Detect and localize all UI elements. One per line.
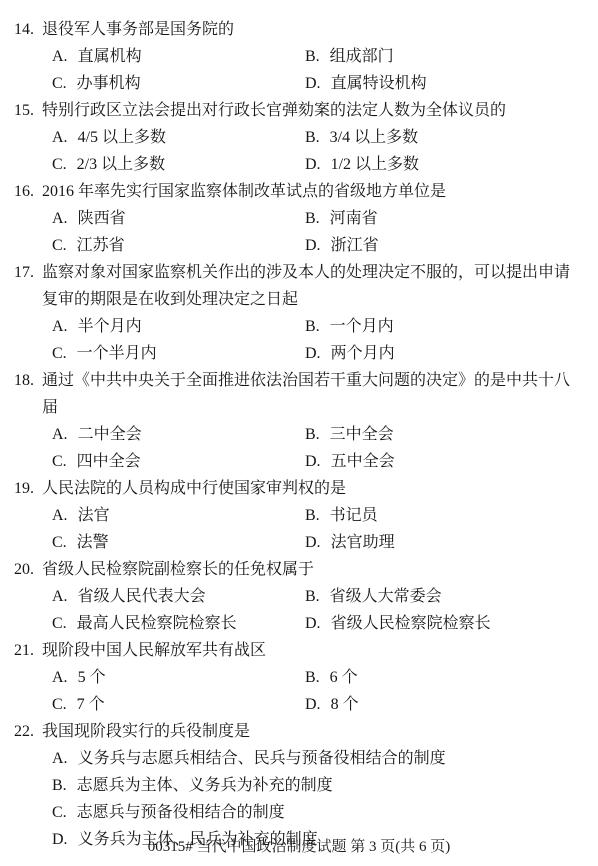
option-text: 一个月内: [330, 318, 394, 335]
option-label: A.: [52, 669, 68, 686]
option-text: 书记员: [330, 507, 378, 524]
option-list: A.半个月内B.一个月内C.一个半月内D.两个月内: [52, 313, 578, 367]
question-stem: 我国现阶段实行的兵役制度是: [42, 718, 578, 745]
question-block: 19. 人民法院的人员构成中行使国家审判权的是 A.法官B.书记员C.法警D.法…: [14, 475, 578, 556]
option-text: 1/2 以上多数: [331, 156, 419, 173]
option-text: 最高人民检察院检察长: [77, 615, 237, 632]
exam-page: 14. 退役军人事务部是国务院的 A.直属机构B.组成部门C.办事机构D.直属特…: [0, 0, 598, 866]
question-number: 16.: [14, 178, 42, 205]
option-a: A.陕西省: [52, 205, 305, 232]
option-text: 2/3 以上多数: [77, 156, 165, 173]
option-c: C.江苏省: [52, 232, 305, 259]
option-label: A.: [52, 48, 68, 65]
option-label: B.: [52, 777, 67, 794]
option-text: 四中全会: [77, 453, 141, 470]
option-d: D.省级人民检察院检察长: [305, 610, 578, 637]
question-stem-row: 20. 省级人民检察院副检察长的任免权属于: [14, 556, 578, 583]
option-c: C.最高人民检察院检察长: [52, 610, 305, 637]
question-stem-row: 16. 2016 年率先实行国家监察体制改革试点的省级地方单位是: [14, 178, 578, 205]
option-text: 半个月内: [78, 318, 142, 335]
option-label: A.: [52, 750, 68, 767]
question-number: 19.: [14, 475, 42, 502]
option-label: D.: [305, 615, 321, 632]
option-text: 二中全会: [78, 426, 142, 443]
question-number: 21.: [14, 637, 42, 664]
question-number: 22.: [14, 718, 42, 745]
question-block: 22. 我国现阶段实行的兵役制度是 A.义务兵与志愿兵相结合、民兵与预备役相结合…: [14, 718, 578, 853]
option-b: B.一个月内: [305, 313, 578, 340]
option-text: 五中全会: [331, 453, 395, 470]
option-text: 3/4 以上多数: [330, 129, 418, 146]
option-list: A.省级人民代表大会B.省级人大常委会C.最高人民检察院检察长D.省级人民检察院…: [52, 583, 578, 637]
option-text: 陕西省: [78, 210, 126, 227]
question-stem-row: 18. 通过《中共中央关于全面推进依法治国若干重大问题的决定》的是中共十八届: [14, 367, 578, 421]
option-text: 6 个: [330, 669, 358, 686]
option-label: B.: [305, 318, 320, 335]
question-number: 15.: [14, 97, 42, 124]
option-b: B.组成部门: [305, 43, 578, 70]
option-c: C.7 个: [52, 691, 305, 718]
question-stem: 特别行政区立法会提出对行政长官弹劾案的法定人数为全体议员的: [42, 97, 578, 124]
option-text: 5 个: [78, 669, 106, 686]
option-c: C.2/3 以上多数: [52, 151, 305, 178]
option-list: A.5 个B.6 个C.7 个D.8 个: [52, 664, 578, 718]
option-c: C.一个半月内: [52, 340, 305, 367]
option-a: A.二中全会: [52, 421, 305, 448]
option-b: B.河南省: [305, 205, 578, 232]
option-label: D.: [305, 237, 321, 254]
option-text: 直属机构: [78, 48, 142, 65]
option-label: A.: [52, 210, 68, 227]
option-text: 志愿兵与预备役相结合的制度: [77, 804, 285, 821]
option-list: A.陕西省B.河南省C.江苏省D.浙江省: [52, 205, 578, 259]
option-text: 法官助理: [331, 534, 395, 551]
option-list: A.二中全会B.三中全会C.四中全会D.五中全会: [52, 421, 578, 475]
option-text: 志愿兵为主体、义务兵为补充的制度: [77, 777, 333, 794]
option-label: D.: [305, 75, 321, 92]
question-number: 20.: [14, 556, 42, 583]
question-number: 18.: [14, 367, 42, 394]
option-b: B.3/4 以上多数: [305, 124, 578, 151]
option-label: C.: [52, 696, 67, 713]
option-a: A.直属机构: [52, 43, 305, 70]
option-text: 8 个: [331, 696, 359, 713]
option-label: D.: [305, 453, 321, 470]
option-label: B.: [305, 669, 320, 686]
option-list: A.直属机构B.组成部门C.办事机构D.直属特设机构: [52, 43, 578, 97]
option-label: D.: [305, 156, 321, 173]
question-block: 14. 退役军人事务部是国务院的 A.直属机构B.组成部门C.办事机构D.直属特…: [14, 16, 578, 97]
option-label: A.: [52, 426, 68, 443]
option-label: C.: [52, 453, 67, 470]
question-stem: 现阶段中国人民解放军共有战区: [42, 637, 578, 664]
option-b: B.志愿兵为主体、义务兵为补充的制度: [52, 772, 578, 799]
question-list: 14. 退役军人事务部是国务院的 A.直属机构B.组成部门C.办事机构D.直属特…: [14, 16, 578, 853]
option-label: A.: [52, 588, 68, 605]
option-label: C.: [52, 345, 67, 362]
question-block: 21. 现阶段中国人民解放军共有战区 A.5 个B.6 个C.7 个D.8 个: [14, 637, 578, 718]
option-text: 法警: [77, 534, 109, 551]
question-stem-row: 22. 我国现阶段实行的兵役制度是: [14, 718, 578, 745]
option-text: 省级人民代表大会: [78, 588, 206, 605]
option-label: A.: [52, 318, 68, 335]
option-label: B.: [305, 129, 320, 146]
question-stem-row: 21. 现阶段中国人民解放军共有战区: [14, 637, 578, 664]
option-d: D.1/2 以上多数: [305, 151, 578, 178]
option-label: C.: [52, 156, 67, 173]
question-block: 17. 监察对象对国家监察机关作出的涉及本人的处理决定不服的，可以提出申请复审的…: [14, 259, 578, 367]
question-stem: 2016 年率先实行国家监察体制改革试点的省级地方单位是: [42, 178, 578, 205]
option-c: C.四中全会: [52, 448, 305, 475]
question-stem: 人民法院的人员构成中行使国家审判权的是: [42, 475, 578, 502]
option-b: B.书记员: [305, 502, 578, 529]
option-text: 省级人民检察院检察长: [331, 615, 491, 632]
option-text: 办事机构: [77, 75, 141, 92]
option-label: C.: [52, 615, 67, 632]
question-number: 14.: [14, 16, 42, 43]
option-label: C.: [52, 804, 67, 821]
option-list: A.法官B.书记员C.法警D.法官助理: [52, 502, 578, 556]
option-a: A.半个月内: [52, 313, 305, 340]
option-text: 浙江省: [331, 237, 379, 254]
option-d: D.法官助理: [305, 529, 578, 556]
option-text: 组成部门: [330, 48, 394, 65]
option-text: 江苏省: [77, 237, 125, 254]
option-text: 直属特设机构: [331, 75, 427, 92]
option-text: 三中全会: [330, 426, 394, 443]
option-a: A.4/5 以上多数: [52, 124, 305, 151]
option-label: C.: [52, 534, 67, 551]
question-stem: 退役军人事务部是国务院的: [42, 16, 578, 43]
question-stem-row: 19. 人民法院的人员构成中行使国家审判权的是: [14, 475, 578, 502]
question-stem: 监察对象对国家监察机关作出的涉及本人的处理决定不服的，可以提出申请复审的期限是在…: [42, 259, 578, 313]
option-label: D.: [305, 345, 321, 362]
option-label: A.: [52, 129, 68, 146]
question-block: 18. 通过《中共中央关于全面推进依法治国若干重大问题的决定》的是中共十八届 A…: [14, 367, 578, 475]
question-stem: 通过《中共中央关于全面推进依法治国若干重大问题的决定》的是中共十八届: [42, 367, 578, 421]
option-d: D.8 个: [305, 691, 578, 718]
question-block: 15. 特别行政区立法会提出对行政长官弹劾案的法定人数为全体议员的 A.4/5 …: [14, 97, 578, 178]
option-b: B.三中全会: [305, 421, 578, 448]
option-a: A.义务兵与志愿兵相结合、民兵与预备役相结合的制度: [52, 745, 578, 772]
option-a: A.省级人民代表大会: [52, 583, 305, 610]
option-a: A.5 个: [52, 664, 305, 691]
question-stem-row: 14. 退役军人事务部是国务院的: [14, 16, 578, 43]
option-a: A.法官: [52, 502, 305, 529]
option-text: 两个月内: [331, 345, 395, 362]
option-d: D.直属特设机构: [305, 70, 578, 97]
question-stem-row: 15. 特别行政区立法会提出对行政长官弹劾案的法定人数为全体议员的: [14, 97, 578, 124]
option-c: C.法警: [52, 529, 305, 556]
option-label: D.: [305, 534, 321, 551]
option-label: B.: [305, 210, 320, 227]
question-block: 16. 2016 年率先实行国家监察体制改革试点的省级地方单位是 A.陕西省B.…: [14, 178, 578, 259]
question-stem: 省级人民检察院副检察长的任免权属于: [42, 556, 578, 583]
option-d: D.两个月内: [305, 340, 578, 367]
option-label: B.: [305, 426, 320, 443]
option-text: 7 个: [77, 696, 105, 713]
option-text: 4/5 以上多数: [78, 129, 166, 146]
option-list: A.4/5 以上多数B.3/4 以上多数C.2/3 以上多数D.1/2 以上多数: [52, 124, 578, 178]
option-text: 河南省: [330, 210, 378, 227]
option-label: A.: [52, 507, 68, 524]
option-text: 一个半月内: [77, 345, 157, 362]
option-text: 法官: [78, 507, 110, 524]
page-footer: 00315# 当代中国政治制度试题 第 3 页(共 6 页): [0, 836, 598, 858]
option-label: D.: [305, 696, 321, 713]
option-text: 省级人大常委会: [330, 588, 442, 605]
option-c: C.办事机构: [52, 70, 305, 97]
option-d: D.五中全会: [305, 448, 578, 475]
option-c: C.志愿兵与预备役相结合的制度: [52, 799, 578, 826]
option-label: B.: [305, 588, 320, 605]
question-block: 20. 省级人民检察院副检察长的任免权属于 A.省级人民代表大会B.省级人大常委…: [14, 556, 578, 637]
option-d: D.浙江省: [305, 232, 578, 259]
option-b: B.省级人大常委会: [305, 583, 578, 610]
option-label: C.: [52, 75, 67, 92]
option-label: B.: [305, 48, 320, 65]
option-b: B.6 个: [305, 664, 578, 691]
option-label: C.: [52, 237, 67, 254]
question-number: 17.: [14, 259, 42, 286]
question-stem-row: 17. 监察对象对国家监察机关作出的涉及本人的处理决定不服的，可以提出申请复审的…: [14, 259, 578, 313]
option-label: B.: [305, 507, 320, 524]
option-text: 义务兵与志愿兵相结合、民兵与预备役相结合的制度: [78, 750, 446, 767]
